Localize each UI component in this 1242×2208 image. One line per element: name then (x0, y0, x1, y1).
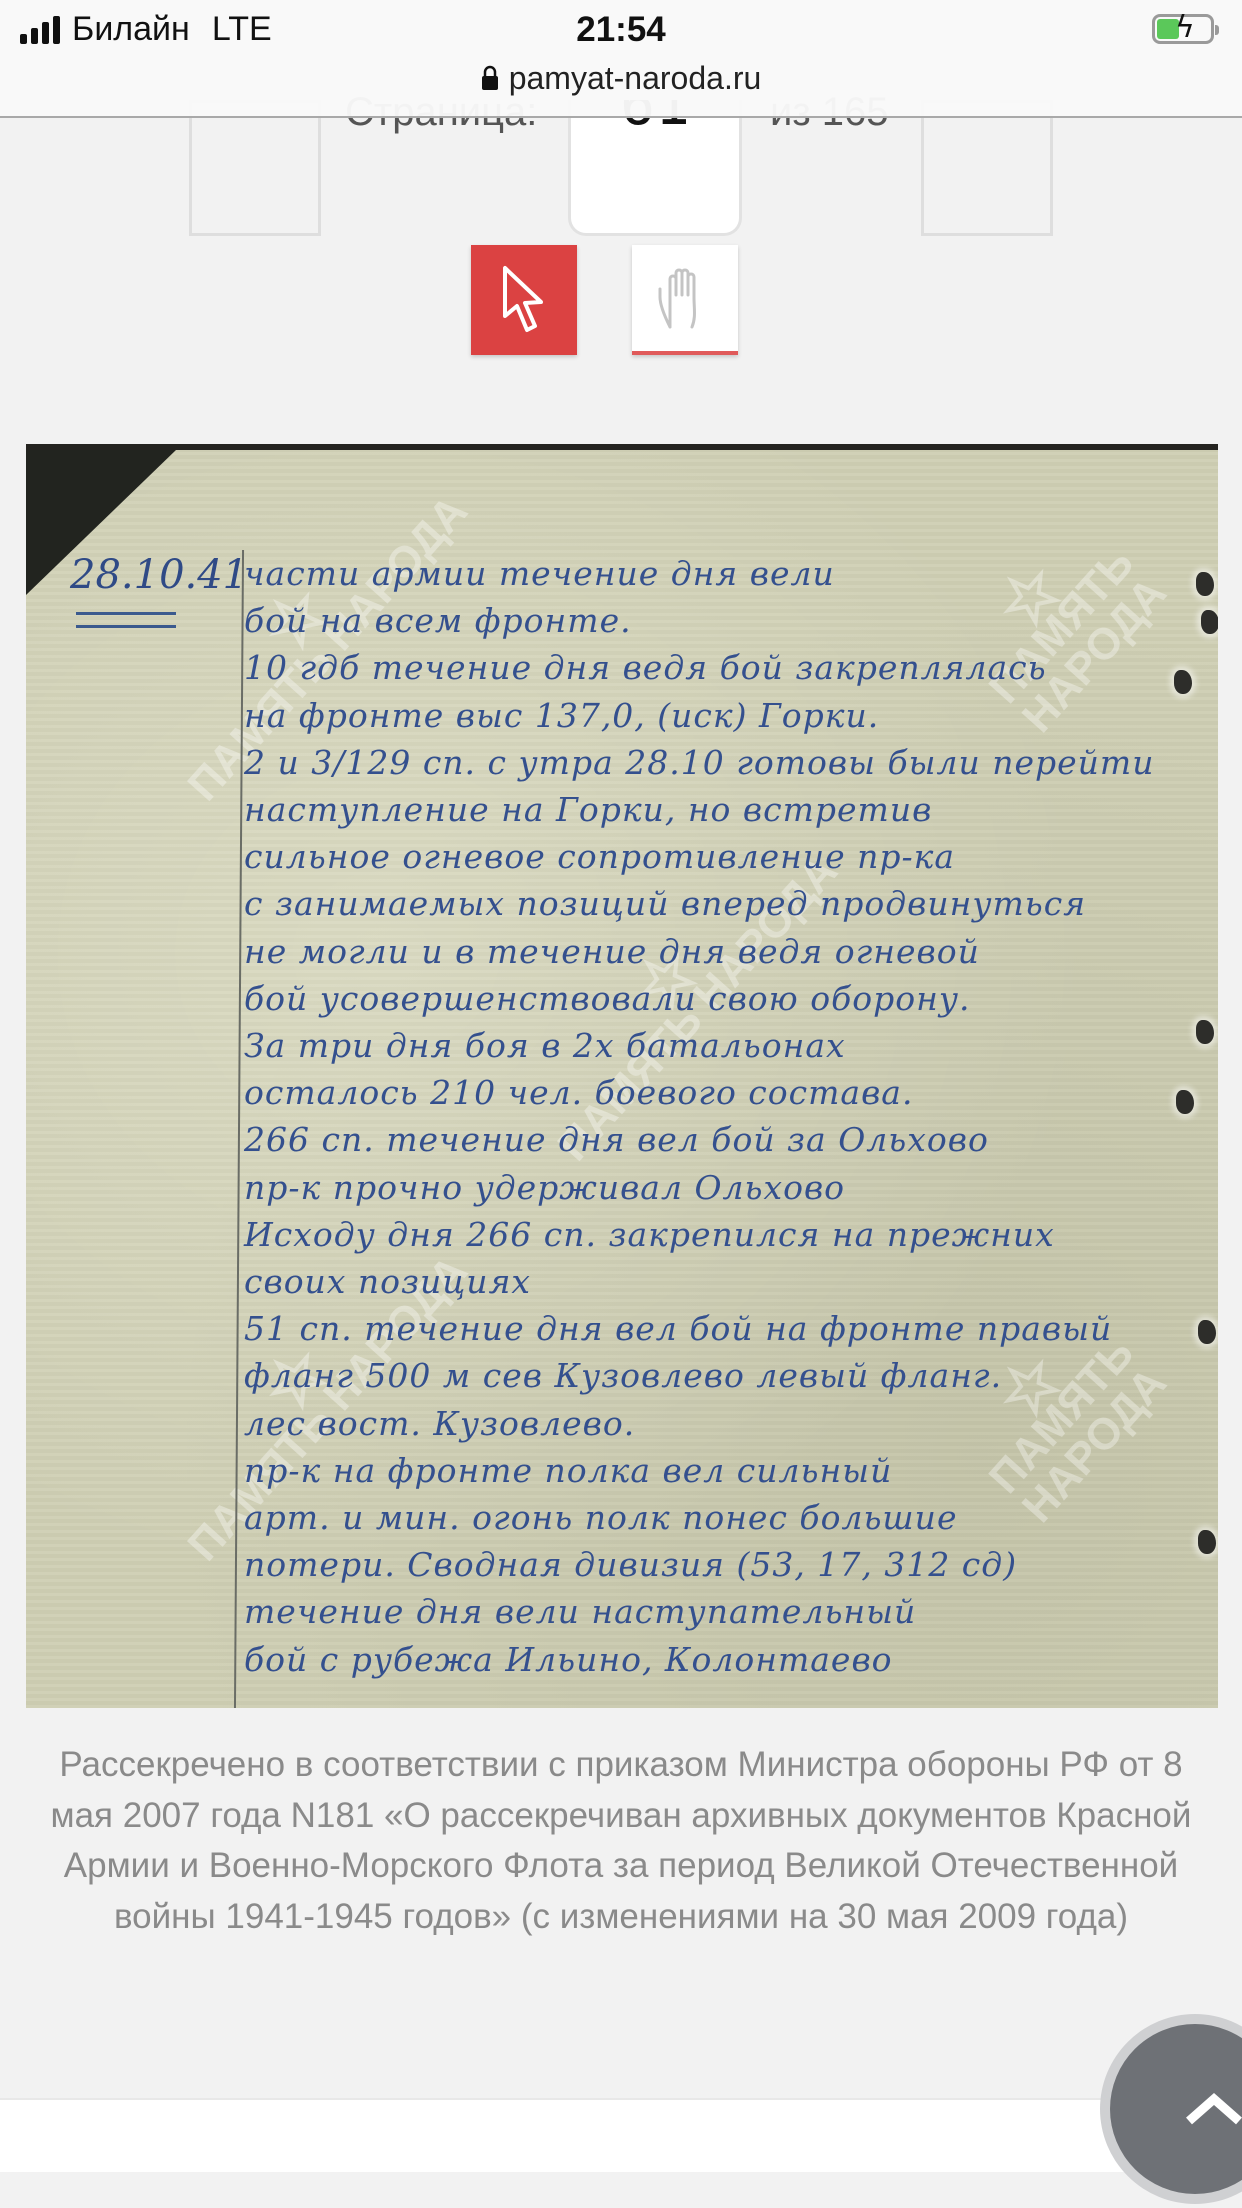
binder-hole (1198, 1320, 1216, 1344)
select-tool-button[interactable] (471, 245, 577, 355)
text-line: пр-к прочно удерживал Ольхово (244, 1164, 1204, 1211)
prev-page-button[interactable] (189, 100, 321, 236)
hand-tool-button[interactable] (632, 245, 738, 355)
text-line: не могли и в течение дня ведя огневой (244, 928, 1204, 975)
text-line: фланг 500 м сев Кузовлево левый фланг. (244, 1352, 1204, 1399)
text-line: бой на всем фронте. (244, 597, 1204, 644)
text-line: пр-к на фронте полка вел сильный (244, 1447, 1204, 1494)
text-line: потери. Сводная дивизия (53, 17, 312 сд) (244, 1541, 1204, 1588)
text-line: 51 сп. течение дня вел бой на фронте пра… (244, 1305, 1204, 1352)
binder-hole (1196, 572, 1214, 596)
binder-hole (1176, 1090, 1194, 1114)
text-line: Исходу дня 266 сп. закрепился на прежних (244, 1211, 1204, 1258)
date-underline (76, 612, 176, 628)
text-line: течение дня вели наступательный (244, 1588, 1204, 1635)
text-line: части армии течение дня вели (244, 550, 1204, 597)
text-line: сильное огневое сопротивление пр-ка (244, 833, 1204, 880)
url-text: pamyat-naroda.ru (509, 60, 762, 96)
browser-chrome: Билайн LTE 21:54 ϟ pamyat-naroda.ru (0, 0, 1242, 118)
status-time: 21:54 (0, 10, 1242, 50)
hand-icon (654, 265, 716, 331)
address-bar[interactable]: pamyat-naroda.ru (0, 60, 1242, 99)
text-line: лес вост. Кузовлево. (244, 1400, 1204, 1447)
binder-hole (1196, 1020, 1214, 1044)
text-line: арт. и мин. огонь полк понес большие (244, 1494, 1204, 1541)
text-line: 266 сп. течение дня вел бой за Ольхово (244, 1116, 1204, 1163)
text-line: осталось 210 чел. боевого состава. (244, 1069, 1204, 1116)
handwritten-text: части армии течение дня вели бой на всем… (244, 550, 1204, 1683)
document-scan-viewer[interactable]: ☆ПАМЯТЬ НАРОДА ☆ПАМЯТЬ НАРОДА ☆ПАМЯТЬ НА… (26, 444, 1218, 1708)
text-line: с занимаемых позиций вперед продвинуться (244, 880, 1204, 927)
battery-charging-icon: ϟ (1152, 14, 1214, 44)
text-line: бой усовершенствовали свою оборону. (244, 975, 1204, 1022)
document-date: 28.10.41 (70, 552, 248, 598)
declassification-notice: Рассекречено в соответствии с приказом М… (40, 1740, 1202, 1942)
binder-hole (1201, 610, 1218, 634)
text-line: 10 гдб течение дня ведя бой закреплялась (244, 644, 1204, 691)
next-page-button[interactable] (921, 100, 1053, 236)
binder-hole (1198, 1530, 1216, 1554)
lock-icon (481, 62, 499, 99)
text-line: 2 и 3/129 сп. с утра 28.10 готовы были п… (244, 739, 1204, 786)
chevron-up-icon (1185, 2091, 1242, 2127)
cursor-arrow-icon (497, 264, 551, 336)
text-line: наступление на Горки, но встретив (244, 786, 1204, 833)
footer (0, 2098, 1242, 2172)
binder-hole (1174, 670, 1192, 694)
page-number-input[interactable]: 61 (568, 100, 742, 236)
text-line: своих позициях (244, 1258, 1204, 1305)
text-line: бой с рубежа Ильино, Колонтаево (244, 1636, 1204, 1683)
text-line: За три дня боя в 2х батальонах (244, 1022, 1204, 1069)
text-line: на фронте выс 137,0, (иск) Горки. (244, 692, 1204, 739)
